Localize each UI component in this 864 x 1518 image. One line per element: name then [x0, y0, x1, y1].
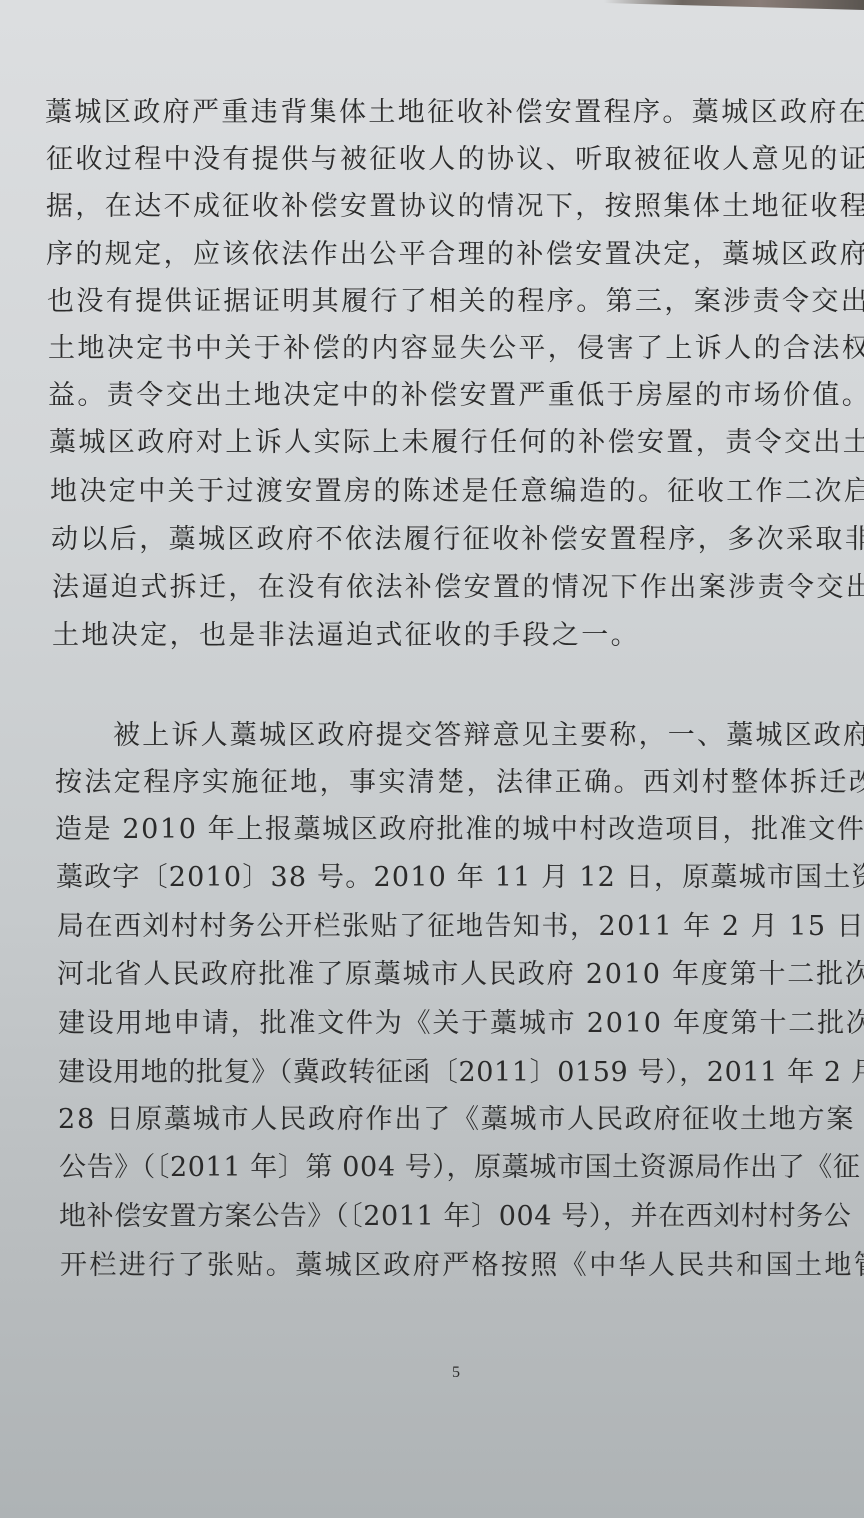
text-line: 征收过程中没有提供与被征收人的协议、听取被征收人意见的证: [46, 143, 864, 177]
text-line: 建设用地申请，批准文件为《关于藁城市 2010 年度第十二批次: [58, 1007, 864, 1041]
text-line: 局在西刘村村务公开栏张贴了征地告知书，2011 年 2 月 15 日，: [57, 910, 864, 944]
text-line: 据，在达不成征收补偿安置协议的情况下，按照集体土地征收程: [46, 190, 864, 224]
text-line: 公告》（〔2011 年〕第 004 号），原藁城市国土资源局作出了《征: [59, 1151, 861, 1185]
text-line: 也没有提供证据证明其履行了相关的程序。第三，案涉责令交出: [47, 285, 864, 319]
text-line: 河北省人民政府批准了原藁城市人民政府 2010 年度第十二批次: [57, 958, 864, 992]
text-line: 28 日原藁城市人民政府作出了《藁城市人民政府征收土地方案: [58, 1103, 855, 1137]
text-line: 开栏进行了张贴。藁城区政府严格按照《中华人民共和国土地管: [60, 1249, 864, 1283]
text-line: 土地决定书中关于补偿的内容显失公平，侵害了上诉人的合法权: [48, 332, 864, 366]
text-line: 藁城区政府对上诉人实际上未履行任何的补偿安置，责令交出土: [49, 426, 864, 460]
text-line: 造是 2010 年上报藁城区政府批准的城中村改造项目，批准文件: [55, 813, 864, 847]
text-line: 建设用地的批复》（冀政转征函〔2011〕0159 号），2011 年 2 月: [58, 1056, 864, 1090]
text-line: 法逼迫式拆迁，在没有依法补偿安置的情况下作出案涉责令交出: [52, 571, 864, 605]
text-line: 藁城区政府严重违背集体土地征收补偿安置程序。藁城区政府在: [45, 96, 864, 130]
text-line: 地决定中关于过渡安置房的陈述是任意编造的。征收工作二次启: [50, 475, 864, 509]
text-line: 序的规定，应该依法作出公平合理的补偿安置决定，藁城区政府: [46, 238, 864, 272]
text-line-indented: 被上诉人藁城区政府提交答辩意见主要称，一、藁城区政府: [113, 719, 864, 753]
page-number: 5: [452, 1364, 460, 1382]
document-page: 藁城区政府严重违背集体土地征收补偿安置程序。藁城区政府在 征收过程中没有提供与被…: [0, 0, 864, 1518]
text-line: 动以后，藁城区政府不依法履行征收补偿安置程序，多次采取非: [51, 523, 864, 557]
text-line: 土地决定，也是非法逼迫式征收的手段之一。: [52, 619, 640, 653]
text-line: 按法定程序实施征地，事实清楚，法律正确。西刘村整体拆迁改: [55, 766, 864, 800]
text-line: 益。责令交出土地决定中的补偿安置严重低于房屋的市场价值。: [48, 379, 864, 413]
text-line: 藁政字〔2010〕38 号。2010 年 11 月 12 日，原藁城市国土资源: [56, 861, 864, 895]
text-line: 地补偿安置方案公告》（〔2011 年〕004 号），并在西刘村村务公: [59, 1200, 851, 1234]
